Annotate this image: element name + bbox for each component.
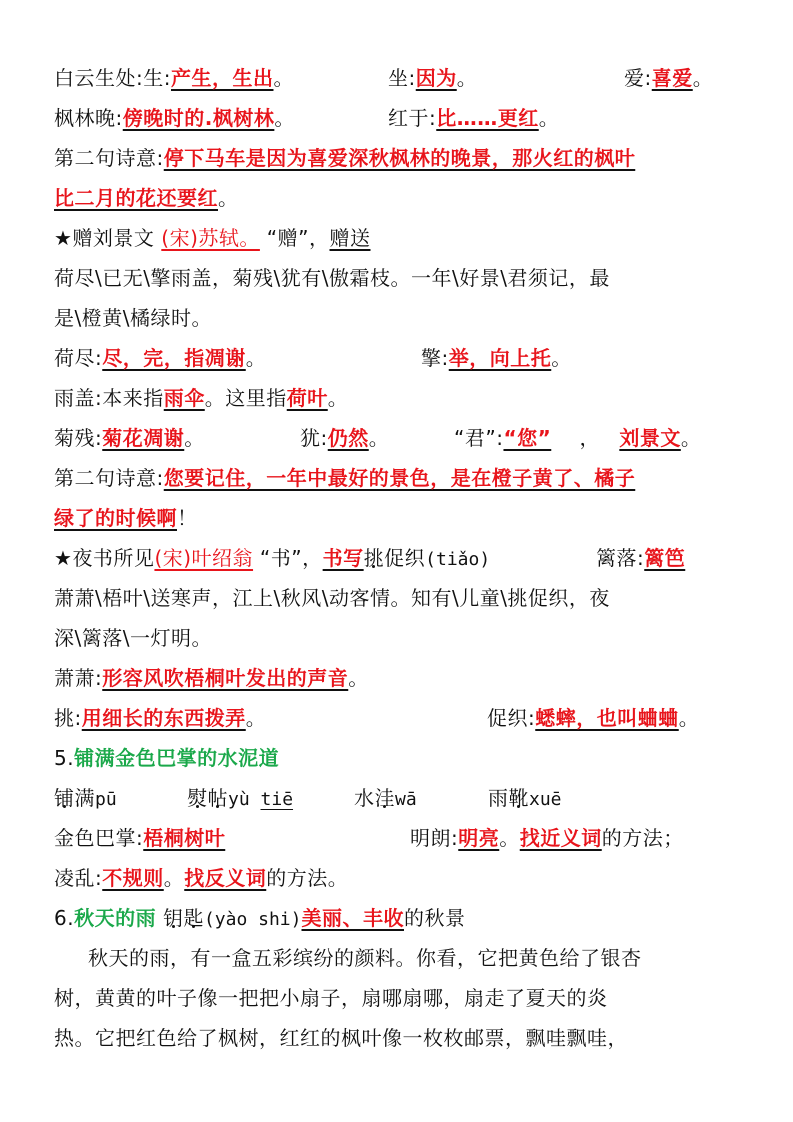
punct: 。 [499, 826, 520, 850]
note-ai: 爱:喜爱。 [624, 58, 713, 98]
note-answer: 荷叶 [287, 386, 328, 410]
punct: 。 [246, 346, 267, 370]
note-answer: 菊花凋谢 [102, 426, 184, 450]
poem-text-line2: 是\橙黄\橘绿时。 [54, 298, 744, 338]
meaning-answer: 您要记住，一年中最好的景色，是在橙子黄了、橘子 [164, 466, 636, 490]
char: 满 [75, 786, 96, 810]
pinyin: tiē [261, 789, 294, 810]
note-hongyu: 红于:比……更红。 [388, 98, 559, 138]
note-answer: 找反义词 [184, 866, 266, 890]
lesson-number: 6. [54, 906, 74, 930]
note-label: 白云生处:生: [54, 66, 171, 90]
note-answer: 举，向上托 [449, 346, 552, 370]
note-answer: 篱笆 [644, 546, 685, 570]
note-answer: 找近义词 [520, 826, 602, 850]
note-liluo: 篱落:篱笆 [596, 538, 685, 578]
pinyin: (yào shi) [204, 909, 302, 930]
punct: 。 [348, 666, 369, 690]
word-label: “书”， [253, 546, 323, 570]
meaning-label: 第二句诗意: [54, 146, 164, 170]
note-answer: 美丽、丰收 [302, 906, 405, 930]
worksheet-page: 白云生处:生:产生，生出。 坐:因为。 爱:喜爱。 枫林晚:傍晚时的.枫树林。 … [54, 58, 744, 1058]
punct: 。 [551, 346, 572, 370]
pinyin-pubman: 铺满pū [54, 778, 117, 820]
note-answer: 用细长的东西拨弄 [82, 706, 246, 730]
word-meaning: 赠送 [330, 226, 371, 250]
note-text: 的方法； [602, 826, 684, 850]
note-label: 促织: [487, 706, 535, 730]
note-label: 擎: [421, 346, 449, 370]
note-jinsebazhang: 金色巴掌:梧桐树叶 [54, 818, 239, 858]
lesson-heading-6: 6.秋天的雨 钥匙(yào shi)美丽、丰收的秋景 [54, 898, 744, 938]
note-answer: 雨伞 [164, 386, 205, 410]
note-label: 凌乱: [54, 866, 102, 890]
dotted-char: 靴 [509, 786, 530, 810]
paragraph-line1: 秋天的雨，有一盒五彩缤纷的颜料。你看，它把黄色给了银杏 [54, 938, 744, 978]
note-label: 明朗: [410, 826, 458, 850]
pinyin-yutie: 熨帖yù tiē [187, 778, 293, 820]
poem-meaning-line2: 比二月的花还要红。 [54, 178, 744, 218]
note-line-baiyun: 白云生处:生:产生，生出。 坐:因为。 爱:喜爱。 [54, 58, 744, 98]
note-line-jucan: 菊残:菊花凋谢。 犹:仍然。 “君”:“您”， 刘景文。 [54, 418, 744, 458]
pinyin-yuxue: 雨靴xuē [488, 778, 562, 820]
pinyin-shuiwa: 水洼wā [354, 778, 417, 820]
note-label: 挑: [54, 706, 82, 730]
note-hejin: 荷尽:尽，完，指凋谢。 [54, 338, 266, 378]
note-label: 枫林晚: [54, 106, 123, 130]
char: 水 [354, 786, 375, 810]
note-answer: 比……更红 [436, 106, 539, 130]
dotted-char: 帖 [208, 786, 229, 810]
note-label: 荷尽: [54, 346, 102, 370]
punct: 。 [246, 706, 267, 730]
note-label: 雨盖:本来指 [54, 386, 164, 410]
star-icon: ★ [54, 226, 72, 250]
poem-header-yeshusuojian: ★夜书所见(宋)叶绍翁 “书”，书写挑促织(tiǎo) 篱落:篱笆 [54, 538, 744, 578]
meaning-label: 第二句诗意: [54, 466, 164, 490]
note-cuzhi: 促织:蟋蟀，也叫蛐蛐。 [487, 698, 699, 738]
punct: 。 [273, 66, 294, 90]
poem-meaning2-line1: 第二句诗意:您要记住，一年中最好的景色，是在橙子黄了、橘子 [54, 458, 744, 498]
note-line-xiaoxiao: 萧萧:形容风吹梧桐叶发出的声音。 [54, 658, 744, 698]
note-label: 金色巴掌: [54, 826, 143, 850]
note-answer: 明亮 [458, 826, 499, 850]
note-answer: 梧桐树叶 [143, 818, 239, 858]
note-label: “君”: [454, 426, 503, 450]
note-answer: 喜爱 [652, 66, 693, 90]
pinyin: xuē [529, 789, 562, 810]
punct: 。 [679, 706, 700, 730]
note-line-fenglin: 枫林晚:傍晚时的.枫树林。 红于:比……更红。 [54, 98, 744, 138]
note-answer: 尽，完，指凋谢 [102, 346, 246, 370]
paragraph-line3: 热。它把红色给了枫树，红红的枫叶像一枚枚邮票，飘哇飘哇， [54, 1018, 744, 1058]
punct: 。 [164, 866, 185, 890]
dotted-char: 铺 [54, 786, 75, 810]
pinyin: (tiǎo) [425, 549, 490, 570]
note-line-yugai: 雨盖:本来指雨伞。这里指荷叶。 [54, 378, 744, 418]
note-tiao: 挑:用细长的东西拨弄。 [54, 698, 266, 738]
note-minglang: 明朗:明亮。找近义词的方法； [410, 818, 684, 858]
note-line-hejin: 荷尽:尽，完，指凋谢。 擎:举，向上托。 [54, 338, 744, 378]
dotted-char: 洼 [375, 786, 396, 810]
punct: 。 [218, 186, 239, 210]
poem-title: 夜书所见 [72, 546, 154, 570]
pinyin: wā [395, 789, 417, 810]
note-line-tiao: 挑:用细长的东西拨弄。 促织:蟋蟀，也叫蛐蛐。 [54, 698, 744, 738]
pinyin-line: 铺满pū 熨帖yù tiē 水洼wā 雨靴xuē [54, 778, 744, 818]
meaning-answer: 停下马车是因为喜爱深秋枫林的晚景，那火红的枫叶 [164, 146, 636, 170]
pinyin: yù [228, 789, 261, 810]
word: 促织 [384, 546, 425, 570]
note-answer: 刘景文 [607, 418, 681, 458]
note-fenglinwan: 枫林晚:傍晚时的.枫树林。 [54, 98, 295, 138]
word-meaning: 书写 [323, 546, 364, 570]
poem-text-line1: 萧萧\梧叶\送寒声，江上\秋风\动客情。知有\儿童\挑促织，夜 [54, 578, 744, 618]
poem-text-line1: 荷尽\已无\擎雨盖，菊残\犹有\傲霜枝。一年\好景\君须记，最 [54, 258, 744, 298]
meaning-answer: 比二月的花还要红 [54, 186, 218, 210]
note-you: 犹:仍然。 [300, 418, 389, 458]
note-label: 爱: [624, 66, 652, 90]
poem-meaning-line1: 第二句诗意:停下马车是因为喜爱深秋枫林的晚景，那火红的枫叶 [54, 138, 744, 178]
punct: 。 [457, 66, 478, 90]
poem-author: (宋)叶绍翁 [154, 546, 253, 570]
pinyin: pū [95, 789, 117, 810]
word-label: “赠”， [260, 226, 330, 250]
punct: 。 [369, 426, 390, 450]
note-answer: 蟋蟀，也叫蛐蛐 [535, 706, 679, 730]
star-icon: ★ [54, 546, 72, 570]
dotted-char: 钥 [163, 906, 184, 930]
note-label: 菊残: [54, 426, 102, 450]
note-answer: 形容风吹梧桐叶发出的声音 [102, 666, 348, 690]
note-answer: 产生，生出 [171, 66, 274, 90]
lesson-heading-5: 5.铺满金色巴掌的水泥道 [54, 738, 744, 778]
paragraph-line2: 树，黄黄的叶子像一把把小扇子，扇哪扇哪，扇走了夏天的炎 [54, 978, 744, 1018]
punct: 。 [539, 106, 560, 130]
lesson-title: 秋天的雨 [74, 906, 156, 930]
note-baiyun: 白云生处:生:产生，生出。 [54, 58, 294, 98]
punct: 。 [184, 426, 205, 450]
dotted-char: 熨 [187, 786, 208, 810]
note-label: 犹: [300, 426, 328, 450]
note-text: 。这里指 [205, 386, 287, 410]
punct: 。 [681, 426, 702, 450]
note-label: 坐: [388, 66, 416, 90]
note-answer: 仍然 [328, 426, 369, 450]
dotted-char: 匙 [183, 906, 204, 930]
lesson-title: 铺满金色巴掌的水泥道 [74, 746, 279, 770]
poem-author: (宋)苏轼。 [161, 226, 260, 250]
note-line-lingluan: 凌乱:不规则。找反义词的方法。 [54, 858, 744, 898]
note-jucan: 菊残:菊花凋谢。 [54, 418, 205, 458]
note-label: 红于: [388, 106, 436, 130]
lesson-number: 5. [54, 746, 74, 770]
note-line-jinsebazhang: 金色巴掌:梧桐树叶 明朗:明亮。找近义词的方法； [54, 818, 744, 858]
punct: 。 [274, 106, 295, 130]
punct: ， [579, 426, 600, 450]
note-answer: 不规则 [102, 866, 164, 890]
poem-meaning2-line2: 绿了的时候啊！ [54, 498, 744, 538]
note-text: 的秋景 [404, 906, 466, 930]
note-jun: “君”:“您”， 刘景文。 [454, 418, 701, 458]
char: 雨 [488, 786, 509, 810]
punct: 。 [693, 66, 714, 90]
note-label: 萧萧: [54, 666, 102, 690]
note-zuo: 坐:因为。 [388, 58, 477, 98]
note-answer: “您” [503, 418, 579, 458]
note-answer: 傍晚时的.枫树林 [123, 106, 275, 130]
meaning-answer: 绿了的时候啊 [54, 506, 177, 530]
punct: 。 [328, 386, 349, 410]
dotted-char: 挑 [364, 546, 385, 570]
poem-header-zengliujingwen: ★赠刘景文 (宋)苏轼。 “赠”，赠送 [54, 218, 744, 258]
poem-text-line2: 深\篱落\一灯明。 [54, 618, 744, 658]
note-text: 的方法。 [266, 866, 348, 890]
punct: ！ [177, 506, 198, 530]
poem-title: 赠刘景文 [72, 226, 161, 250]
note-qing: 擎:举，向上托。 [421, 338, 572, 378]
note-label: 篱落: [596, 546, 644, 570]
note-answer: 因为 [416, 66, 457, 90]
